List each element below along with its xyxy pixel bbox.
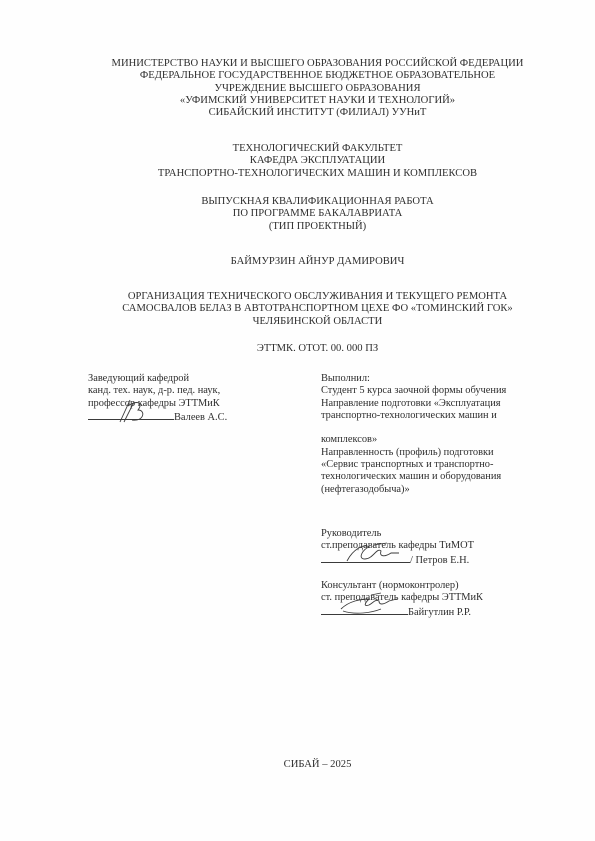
hod-signature-row: Валеев А.С. bbox=[88, 410, 227, 424]
footer-city-year: СИБАЙ – 2025 bbox=[60, 759, 575, 771]
title-line: САМОСВАЛОВ БЕЛАЗ В АВТОТРАНСПОРТНОМ ЦЕХЕ… bbox=[60, 303, 575, 315]
city-year-text: СИБАЙ – 2025 bbox=[60, 759, 575, 771]
performer-line: комплексов» bbox=[321, 434, 506, 446]
signature-line bbox=[321, 553, 410, 563]
work-type-block: ВЫПУСКНАЯ КВАЛИФИКАЦИОННАЯ РАБОТА ПО ПРО… bbox=[60, 196, 575, 233]
performer-line: Направленность (профиль) подготовки bbox=[321, 447, 506, 459]
thesis-title: ОРГАНИЗАЦИЯ ТЕХНИЧЕСКОГО ОБСЛУЖИВАНИЯ И … bbox=[60, 291, 575, 328]
supervisor-role: Руководитель bbox=[321, 528, 474, 540]
performer-line: «Сервис транспортных и транспортно- bbox=[321, 459, 506, 471]
author-name: БАЙМУРЗИН АЙНУР ДАМИРОВИЧ bbox=[60, 256, 575, 268]
header-line: «УФИМСКИЙ УНИВЕРСИТЕТ НАУКИ И ТЕХНОЛОГИЙ… bbox=[60, 95, 575, 107]
document-code-text: ЭТТМК. ОТОТ. 00. 000 ПЗ bbox=[60, 343, 575, 355]
header-line: СИБАЙСКИЙ ИНСТИТУТ (ФИЛИАЛ) УУНиТ bbox=[60, 107, 575, 119]
hod-degree: канд. тех. наук, д-р. пед. наук, bbox=[88, 385, 227, 397]
supervisor-name: / Петров Е.Н. bbox=[410, 555, 469, 566]
performer-line: Студент 5 курса заочной формы обучения bbox=[321, 385, 506, 397]
header-line: ФЕДЕРАЛЬНОЕ ГОСУДАРСТВЕННОЕ БЮДЖЕТНОЕ ОБ… bbox=[60, 70, 575, 82]
title-line: ЧЕЛЯБИНСКОЙ ОБЛАСТИ bbox=[60, 316, 575, 328]
consultant-name: Байгутлин Р.Р. bbox=[408, 607, 471, 618]
supervisor-block: Руководитель ст.преподаватель кафедры Ти… bbox=[321, 528, 474, 567]
consultant-role: Консультант (нормоконтролер) bbox=[321, 580, 483, 592]
faculty-block: ТЕХНОЛОГИЧЕСКИЙ ФАКУЛЬТЕТ КАФЕДРА ЭКСПЛУ… bbox=[60, 143, 575, 180]
supervisor-signature-row: / Петров Е.Н. bbox=[321, 553, 474, 567]
hod-role: Заведующий кафедрой bbox=[88, 373, 227, 385]
author-name-text: БАЙМУРЗИН АЙНУР ДАМИРОВИЧ bbox=[60, 256, 575, 268]
department-line: ТРАНСПОРТНО-ТЕХНОЛОГИЧЕСКИХ МАШИН И КОМП… bbox=[60, 168, 575, 180]
performer-line: транспортно-технологических машин и bbox=[321, 410, 506, 422]
institution-header: МИНИСТЕРСТВО НАУКИ И ВЫСШЕГО ОБРАЗОВАНИЯ… bbox=[60, 58, 575, 119]
title-line: ОРГАНИЗАЦИЯ ТЕХНИЧЕСКОГО ОБСЛУЖИВАНИЯ И … bbox=[60, 291, 575, 303]
supervisor-position: ст.преподаватель кафедры ТиМОТ bbox=[321, 540, 474, 552]
head-of-department-block: Заведующий кафедрой канд. тех. наук, д-р… bbox=[88, 373, 227, 424]
work-type-line: ВЫПУСКНАЯ КВАЛИФИКАЦИОННАЯ РАБОТА bbox=[60, 196, 575, 208]
hod-name: Валеев А.С. bbox=[174, 412, 227, 423]
performer-block: Выполнил: Студент 5 курса заочной формы … bbox=[321, 373, 506, 496]
performer-label: Выполнил: bbox=[321, 373, 506, 385]
header-line: УЧРЕЖДЕНИЕ ВЫСШЕГО ОБРАЗОВАНИЯ bbox=[60, 83, 575, 95]
work-type-line: (ТИП ПРОЕКТНЫЙ) bbox=[60, 221, 575, 233]
consultant-position: ст. преподаватель кафедры ЭТТМиК bbox=[321, 592, 483, 604]
hod-position: профессор кафедры ЭТТМиК bbox=[88, 398, 227, 410]
consultant-block: Консультант (нормоконтролер) ст. препода… bbox=[321, 580, 483, 619]
department-line: КАФЕДРА ЭКСПЛУАТАЦИИ bbox=[60, 155, 575, 167]
title-page: МИНИСТЕРСТВО НАУКИ И ВЫСШЕГО ОБРАЗОВАНИЯ… bbox=[0, 0, 595, 841]
faculty-line: ТЕХНОЛОГИЧЕСКИЙ ФАКУЛЬТЕТ bbox=[60, 143, 575, 155]
header-line: МИНИСТЕРСТВО НАУКИ И ВЫСШЕГО ОБРАЗОВАНИЯ… bbox=[60, 58, 575, 70]
consultant-signature-row: Байгутлин Р.Р. bbox=[321, 605, 483, 619]
document-code: ЭТТМК. ОТОТ. 00. 000 ПЗ bbox=[60, 343, 575, 355]
performer-line: (нефтегазодобыча)» bbox=[321, 484, 506, 496]
performer-line: Направление подготовки «Эксплуатация bbox=[321, 398, 506, 410]
work-type-line: ПО ПРОГРАММЕ БАКАЛАВРИАТА bbox=[60, 208, 575, 220]
signature-line bbox=[88, 410, 174, 420]
signature-line bbox=[321, 605, 408, 615]
performer-line: технологических машин и оборудования bbox=[321, 471, 506, 483]
